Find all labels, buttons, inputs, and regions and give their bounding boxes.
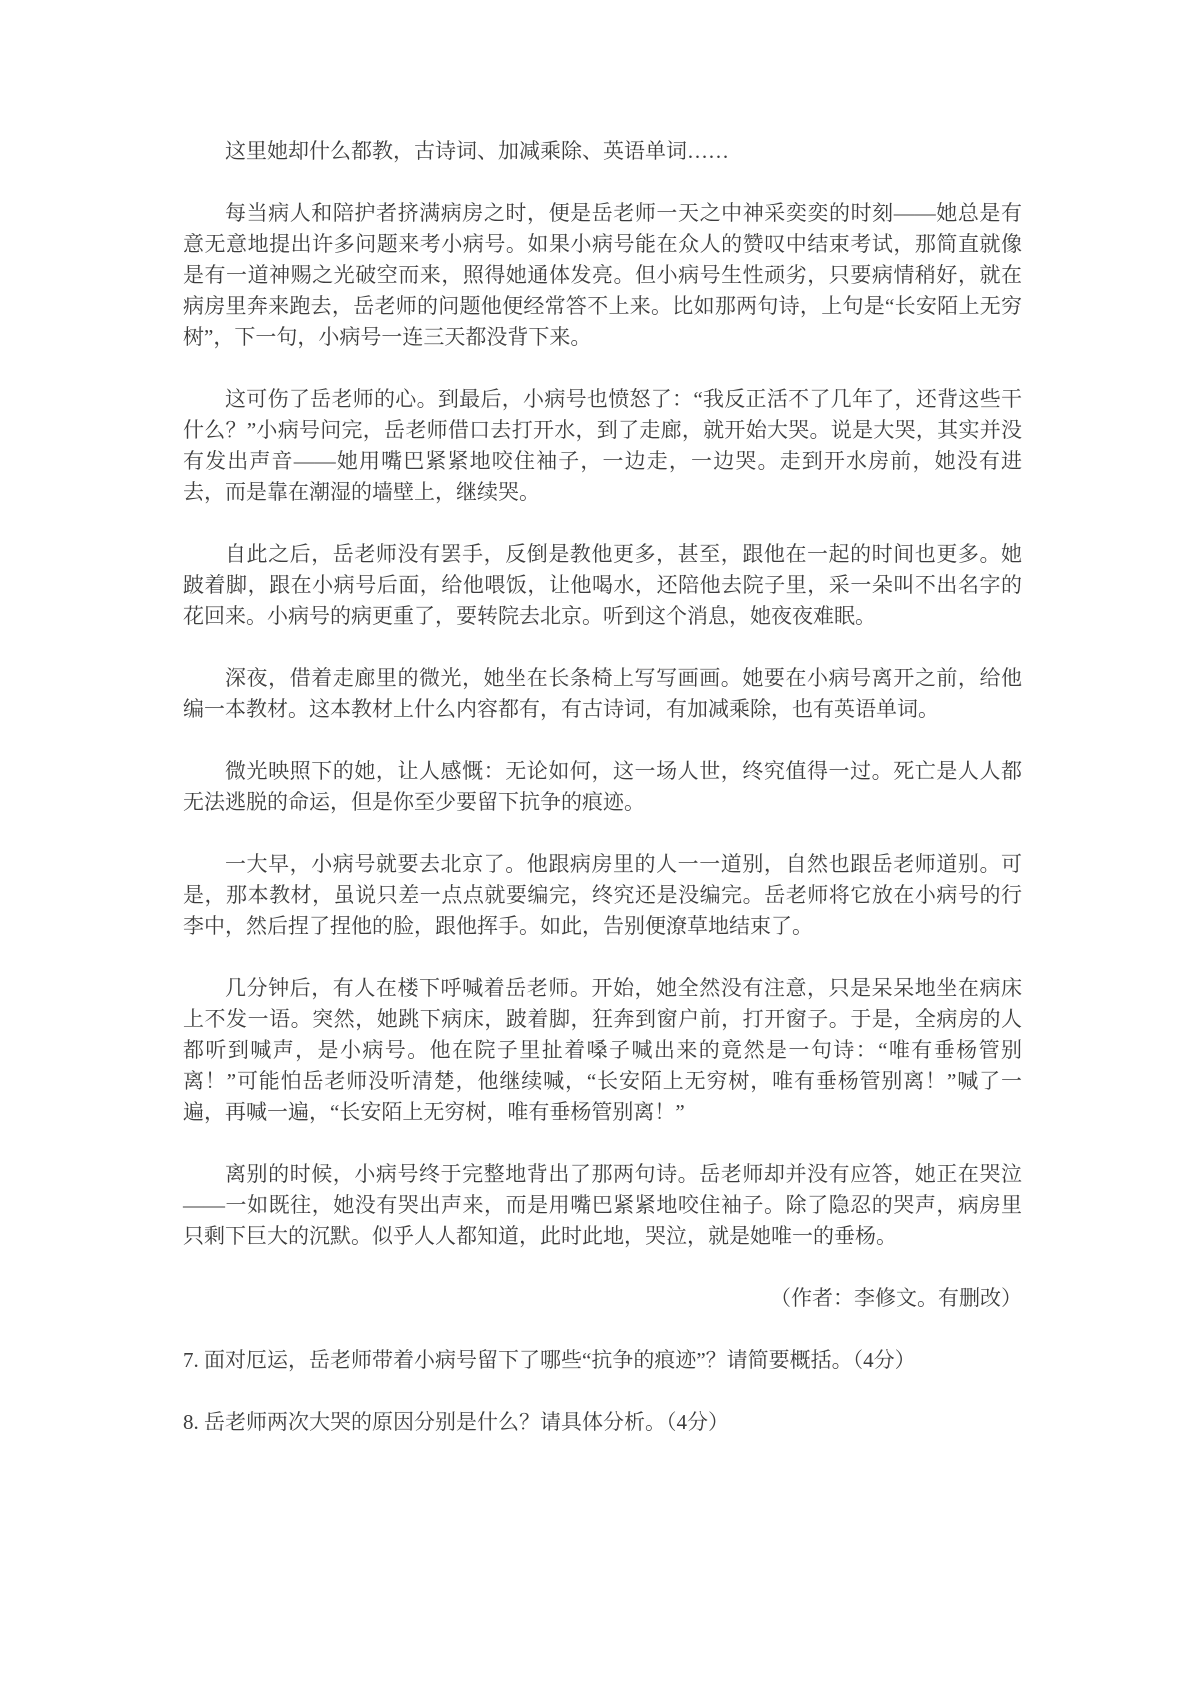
article-paragraph: 每当病人和陪护者挤满病房之时，便是岳老师一天之中神采奕奕的时刻——她总是有意无意…: [183, 198, 1022, 353]
article-paragraph: 自此之后，岳老师没有罢手，反倒是教他更多，甚至，跟他在一起的时间也更多。她跛着脚…: [183, 539, 1022, 632]
article-paragraph: 深夜，借着走廊里的微光，她坐在长条椅上写写画画。她要在小病号离开之前，给他编一本…: [183, 663, 1022, 725]
article-paragraph: 几分钟后，有人在楼下呼喊着岳老师。开始，她全然没有注意，只是呆呆地坐在病床上不发…: [183, 973, 1022, 1128]
article-paragraph: 一大早，小病号就要去北京了。他跟病房里的人一一道别，自然也跟岳老师道别。可是，那…: [183, 849, 1022, 942]
question-8: 8. 岳老师两次大哭的原因分别是什么？请具体分析。（4分）: [183, 1407, 1022, 1438]
article-paragraph: 离别的时候，小病号终于完整地背出了那两句诗。岳老师却并没有应答，她正在哭泣——一…: [183, 1159, 1022, 1252]
article-paragraph: 微光映照下的她，让人感慨：无论如何，这一场人世，终究值得一过。死亡是人人都无法逃…: [183, 756, 1022, 818]
article-body: 这里她却什么都教，古诗词、加减乘除、英语单词……每当病人和陪护者挤满病房之时，便…: [183, 136, 1022, 1252]
document-page: 这里她却什么都教，古诗词、加减乘除、英语单词……每当病人和陪护者挤满病房之时，便…: [0, 0, 1200, 1697]
article-paragraph: 这里她却什么都教，古诗词、加减乘除、英语单词……: [183, 136, 1022, 167]
author-attribution: （作者：李修文。有删改）: [183, 1283, 1022, 1314]
article-paragraph: 这可伤了岳老师的心。到最后，小病号也愤怒了：“我反正活不了几年了，还背这些干什么…: [183, 384, 1022, 508]
question-7: 7. 面对厄运，岳老师带着小病号留下了哪些“抗争的痕迹”？请简要概括。（4分）: [183, 1345, 1022, 1376]
